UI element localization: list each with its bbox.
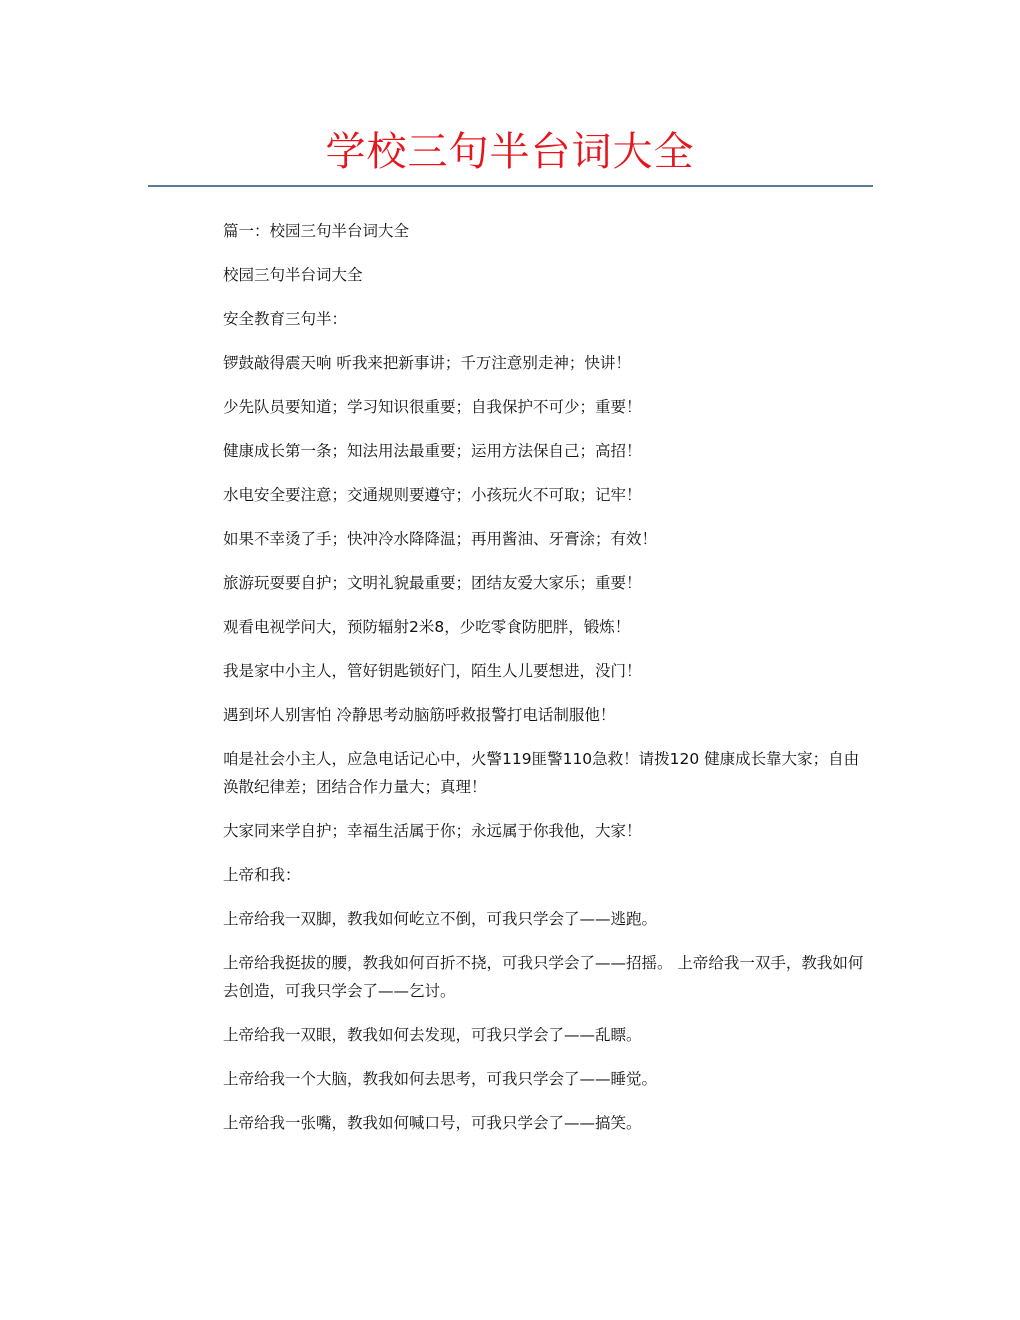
verse-line: 上帝给我一张嘴，教我如何喊口号，可我只学会了——搞笑。 bbox=[223, 1109, 873, 1137]
verse-line: 上帝给我一个大脑，教我如何去思考，可我只学会了——睡觉。 bbox=[223, 1065, 873, 1093]
verse-line: 上帝给我一双脚，教我如何屹立不倒，可我只学会了——逃跑。 bbox=[223, 905, 873, 933]
verse-line: 少先队员要知道；学习知识很重要；自我保护不可少；重要！ bbox=[223, 393, 873, 421]
verse-line: 锣鼓敲得震天响 听我来把新事讲；千万注意别走神；快讲！ bbox=[223, 349, 873, 377]
subheading: 安全教育三句半： bbox=[223, 305, 873, 333]
verse-line: 水电安全要注意；交通规则要遵守；小孩玩火不可取；记牢！ bbox=[223, 481, 873, 509]
verse-line: 上帝给我挺拔的腰，教我如何百折不挠，可我只学会了——招摇。 上帝给我一双手，教我… bbox=[223, 949, 873, 1005]
verse-line: 咱是社会小主人，应急电话记心中，火警119匪警110急救！请拨120 健康成长靠… bbox=[223, 745, 873, 801]
verse-line: 我是家中小主人，管好钥匙锁好门，陌生人儿要想进，没门！ bbox=[223, 657, 873, 685]
verse-line: 大家同来学自护；幸福生活属于你；永远属于你我他，大家！ bbox=[223, 817, 873, 845]
title-divider bbox=[148, 185, 873, 187]
verse-line: 遇到坏人别害怕 冷静思考动脑筋呼救报警打电话制服他！ bbox=[223, 701, 873, 729]
verse-line: 健康成长第一条；知法用法最重要；运用方法保自己；高招！ bbox=[223, 437, 873, 465]
verse-line: 旅游玩耍要自护；文明礼貌最重要；团结友爱大家乐；重要！ bbox=[223, 569, 873, 597]
document-page: 学校三句半台词大全 篇一：校园三句半台词大全 校园三句半台词大全 安全教育三句半… bbox=[0, 0, 1020, 1320]
subheading: 校园三句半台词大全 bbox=[223, 261, 873, 289]
verse-line: 上帝给我一双眼，教我如何去发现，可我只学会了——乱瞟。 bbox=[223, 1021, 873, 1049]
section-heading: 篇一：校园三句半台词大全 bbox=[223, 217, 873, 245]
verse-line: 如果不幸烫了手；快冲冷水降降温；再用酱油、牙膏涂；有效！ bbox=[223, 525, 873, 553]
document-title: 学校三句半台词大全 bbox=[0, 126, 1020, 178]
subheading: 上帝和我： bbox=[223, 861, 873, 889]
verse-line: 观看电视学问大，预防辐射2米8，少吃零食防肥胖，锻炼！ bbox=[223, 613, 873, 641]
